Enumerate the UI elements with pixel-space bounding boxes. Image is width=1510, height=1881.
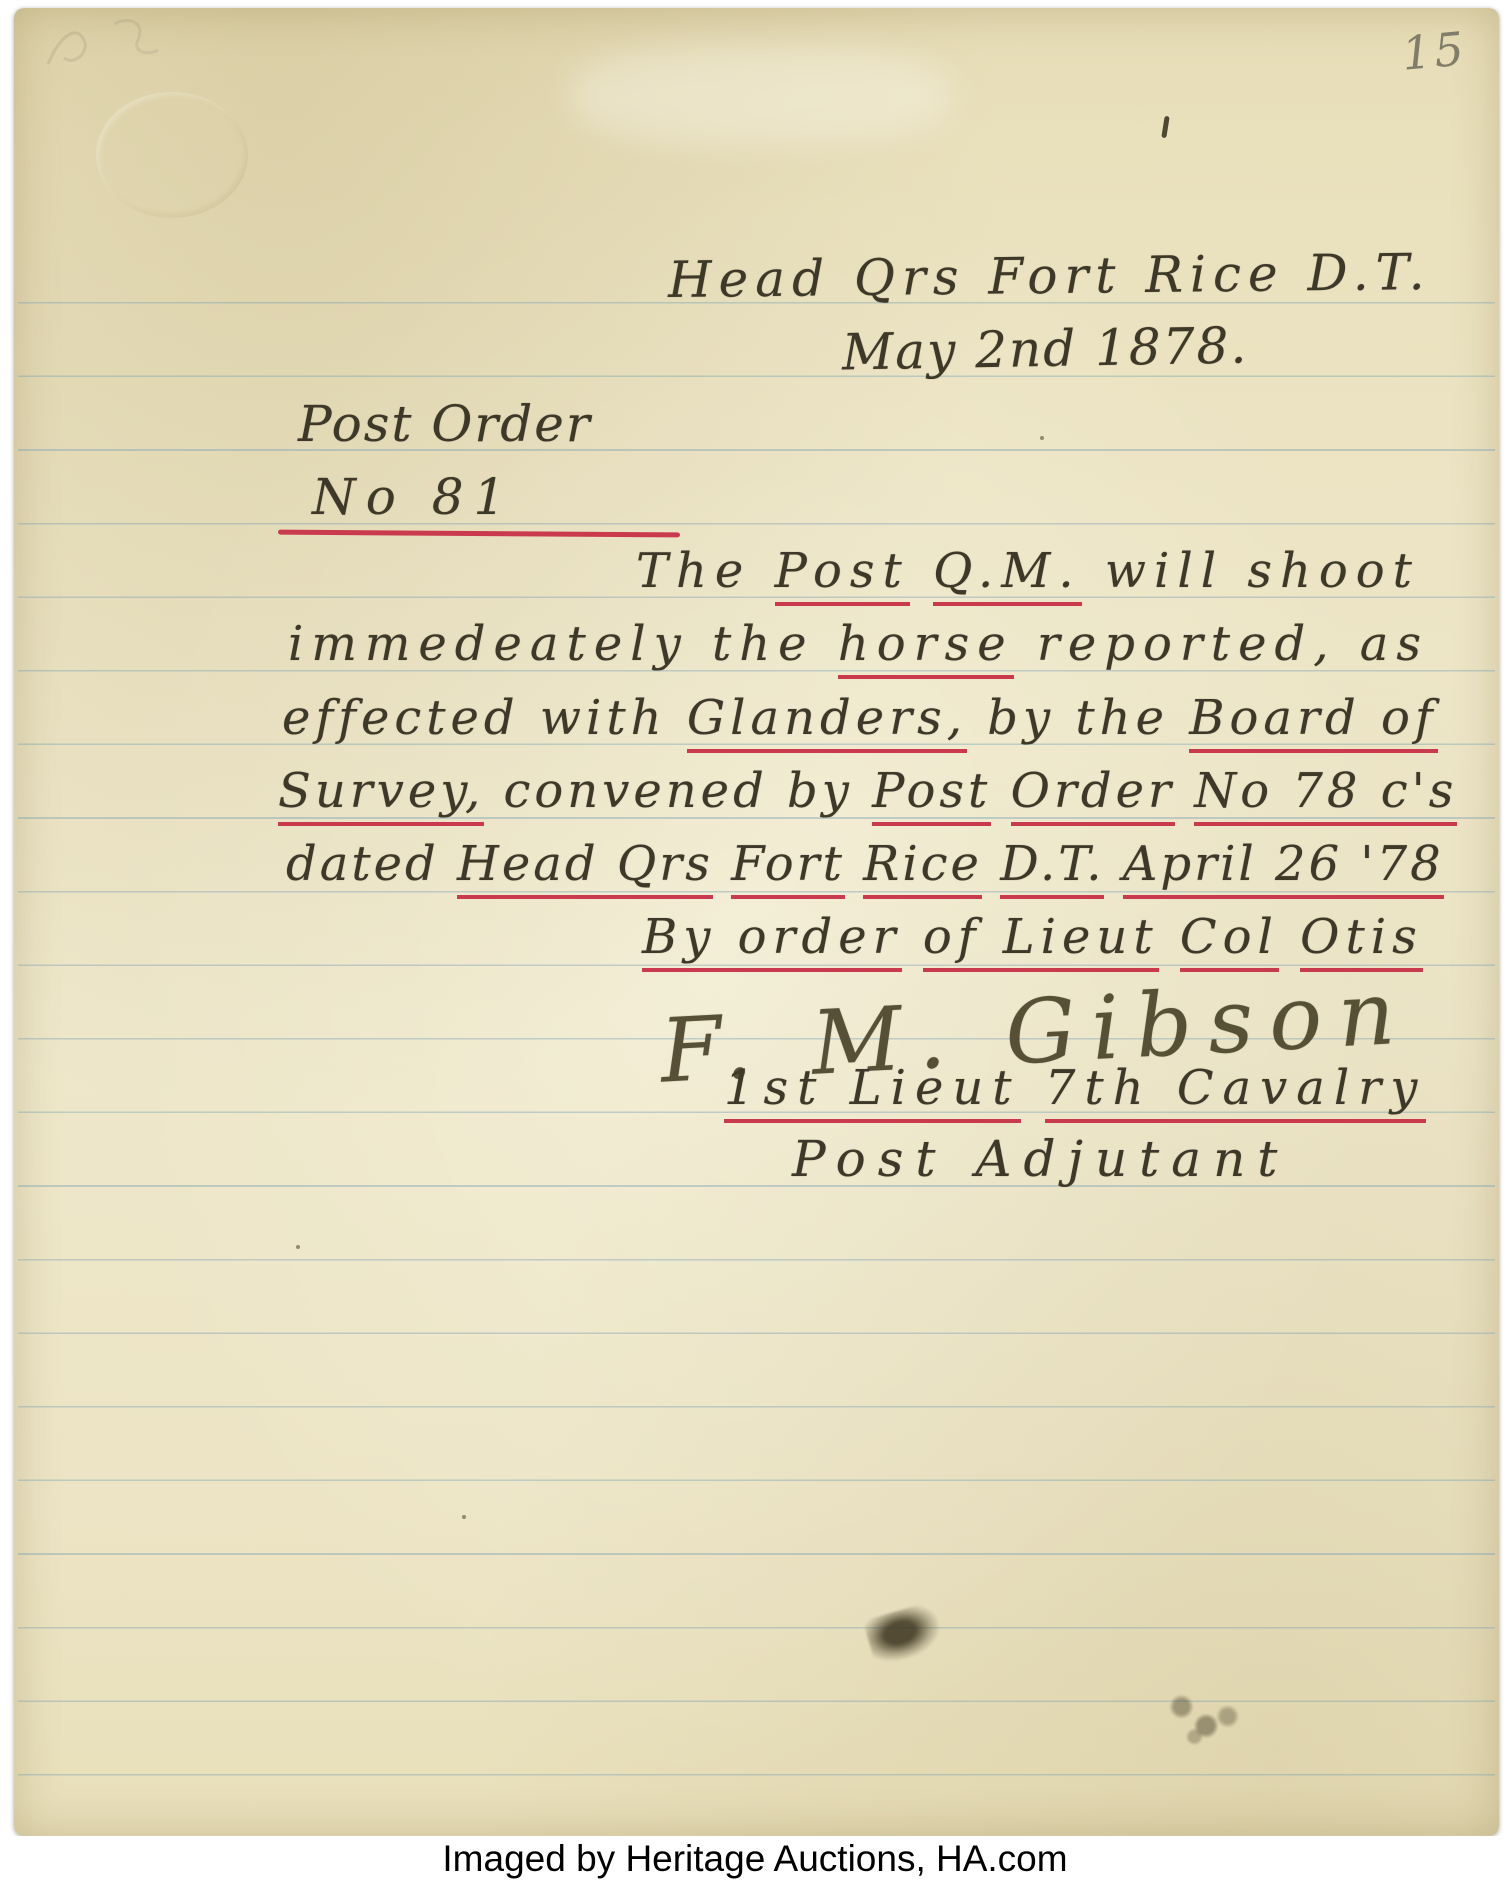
text-segment-underlined: Order [1011,763,1175,826]
manuscript-line-order-number: No 81 [312,468,515,526]
paper-speck [296,1245,300,1249]
text-segment: will shoot [1082,543,1420,599]
text-segment: immedeately the [288,616,838,672]
text-segment-underlined: Q.M. [933,543,1082,606]
manuscript-line-rank: 1st Lieut 7th Cavalry [724,1060,1426,1116]
footer-caption-bar: Imaged by Heritage Auctions, HA.com [0,1836,1510,1881]
text-segment [991,763,1010,819]
text-segment [713,836,731,892]
text-segment-underlined: Head Qrs [457,836,713,899]
manuscript-line-date: May 2nd 1878. [842,316,1249,381]
text-segment: dated [286,836,457,892]
text-segment: effected with [282,690,687,746]
text-segment-underlined: April 26 '78 [1123,836,1444,899]
manuscript-line-post-order: Post Order [298,395,592,453]
text-segment [982,836,1000,892]
text-segment [1175,763,1194,819]
text-segment: No 81 [312,468,515,526]
text-segment [1159,909,1180,965]
manuscript-line-place: Head Qrs Fort Rice D.T. [668,243,1432,309]
text-segment: Head Qrs Fort Rice D.T. [668,243,1432,309]
text-segment-underlined: No 78 c's [1194,763,1457,826]
text-segment-underlined: Board of [1189,690,1437,753]
text-segment-underlined: Rice [863,836,982,899]
text-segment-underlined: Survey, [278,763,484,826]
scanned-document-page: 15 Head Qrs Fort Rice D.T. May 2nd 1878.… [0,0,1510,1881]
text-segment [1021,1060,1045,1116]
paper-speck [462,1515,466,1519]
text-segment-underlined: of Lieut [923,909,1159,972]
text-segment: Post Adjutant [792,1130,1289,1188]
paper-speck [1040,436,1044,440]
text-segment [1104,836,1122,892]
pencil-sheet-number: 15 [1400,21,1469,80]
text-segment: The [636,543,775,599]
text-segment [902,909,923,965]
manuscript-line-body-2: immedeately the horse reported, as [288,616,1429,672]
text-segment-underlined: By order [642,909,902,972]
text-segment-underlined: Col [1180,909,1279,972]
text-segment-underlined: Fort [731,836,845,899]
text-segment: convened by [484,763,872,819]
manuscript-line-body-5: dated Head Qrs Fort Rice D.T. April 26 '… [286,836,1444,892]
text-segment-underlined: D.T. [1000,836,1104,899]
text-segment-underlined: 7th Cavalry [1045,1060,1427,1123]
text-segment-underlined: horse [838,616,1014,679]
text-segment: by the [967,690,1189,746]
text-segment-underlined: Post [775,543,910,606]
text-segment-underlined: 1st Lieut [724,1060,1021,1123]
text-segment-underlined: Glanders, [687,690,967,753]
text-segment: reported, as [1014,616,1429,672]
manuscript-line-post-adjutant: Post Adjutant [792,1130,1289,1188]
manuscript-line-body-1: The Post Q.M. will shoot [636,543,1420,599]
text-segment: Post Order [298,395,592,453]
manuscript-line-by-order: By order of Lieut Col Otis [642,909,1423,965]
manuscript-line-body-3: effected with Glanders, by the Board of [282,690,1438,746]
manuscript-line-body-4: Survey, convened by Post Order No 78 c's [278,763,1457,819]
text-segment [910,543,933,599]
scan-glare-patch [570,48,950,143]
text-segment [1279,909,1300,965]
pencil-scribble [30,6,180,86]
text-segment [845,836,863,892]
footer-caption-text: Imaged by Heritage Auctions, HA.com [442,1838,1067,1880]
text-segment-underlined: Post [872,763,991,826]
text-segment: May 2nd 1878. [842,316,1249,381]
embossed-seal [96,92,248,218]
